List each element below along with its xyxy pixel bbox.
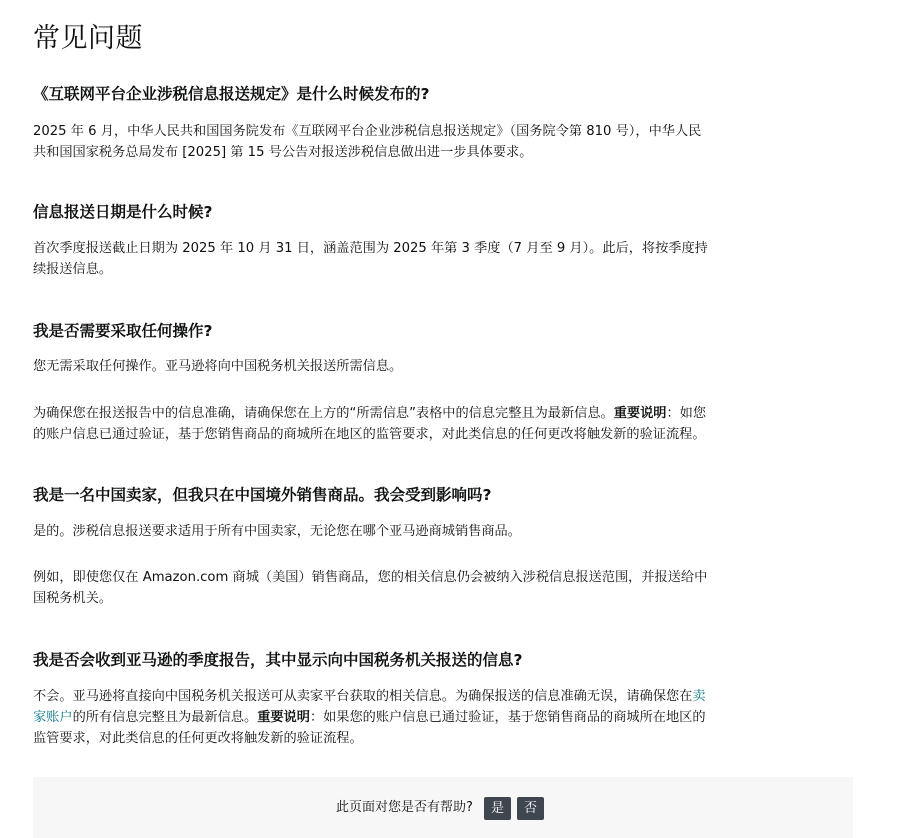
faq-answer-2: 首次季度报送截止日期为 2025 年 10 月 31 日，涵盖范围为 2025 … [33, 238, 803, 280]
answer-line: 监管要求，对此类信息的任何更改将触发新的验证流程。 [33, 728, 803, 749]
feedback-yes-button[interactable]: 是 [484, 797, 511, 820]
answer-line: 共和国国家税务总局发布 [2025] 第 15 号公告对报送涉税信息做出进一步具… [33, 142, 803, 163]
answer-line: 国税务机关。 [33, 588, 803, 609]
faq-answer-5: 不会。亚马逊将直接向中国税务机关报送可从卖家平台获取的相关信息。为确保报送的信息… [33, 686, 803, 749]
faq-answer-4-p2: 例如，即使您仅在 Amazon.com 商城（美国）销售商品，您的相关信息仍会被… [33, 567, 803, 609]
answer-line: 为确保您在报送报告中的信息准确，请确保您在上方的“所需信息”表格中的信息完整且为… [33, 403, 803, 424]
page-title: 常见问题 [33, 22, 143, 56]
answer-text: 为确保您在报送报告中的信息准确，请确保您在上方的“所需信息”表格中的信息完整且为… [33, 406, 614, 421]
important-note-label: 重要说明 [614, 406, 667, 421]
answer-line: 不会。亚马逊将直接向中国税务机关报送可从卖家平台获取的相关信息。为确保报送的信息… [33, 686, 803, 707]
faq-question-5: 我是否会收到亚马逊的季度报告，其中显示向中国税务机关报送的信息? [33, 649, 523, 671]
answer-text: 的所有信息完整且为最新信息。 [73, 710, 258, 725]
seller-account-link[interactable]: 卖 [692, 689, 705, 704]
answer-line: 例如，即使您仅在 Amazon.com 商城（美国）销售商品，您的相关信息仍会被… [33, 567, 803, 588]
answer-line: 的账户信息已通过验证，基于您销售商品的商城所在地区的监管要求，对此类信息的任何更… [33, 424, 803, 445]
answer-line: 您无需采取任何操作。亚马逊将向中国税务机关报送所需信息。 [33, 356, 803, 377]
seller-account-link[interactable]: 家账户 [33, 710, 73, 725]
important-note-label: 重要说明 [257, 710, 310, 725]
feedback-no-button[interactable]: 否 [517, 797, 544, 820]
faq-answer-3-p1: 您无需采取任何操作。亚马逊将向中国税务机关报送所需信息。 [33, 356, 803, 377]
answer-line: 是的。涉税信息报送要求适用于所有中国卖家，无论您在哪个亚马逊商城销售商品。 [33, 521, 803, 542]
answer-line: 续报送信息。 [33, 259, 803, 280]
answer-text: ：如您 [666, 406, 706, 421]
answer-line: 首次季度报送截止日期为 2025 年 10 月 31 日，涵盖范围为 2025 … [33, 238, 803, 259]
faq-answer-1: 2025 年 6 月，中华人民共和国国务院发布《互联网平台企业涉税信息报送规定》… [33, 121, 803, 163]
faq-answer-4-p1: 是的。涉税信息报送要求适用于所有中国卖家，无论您在哪个亚马逊商城销售商品。 [33, 521, 803, 542]
faq-question-3: 我是否需要采取任何操作? [33, 320, 213, 342]
feedback-panel: 此页面对您是否有帮助? 是 否 [33, 777, 853, 838]
answer-line: 2025 年 6 月，中华人民共和国国务院发布《互联网平台企业涉税信息报送规定》… [33, 121, 803, 142]
faq-question-2: 信息报送日期是什么时候? [33, 201, 213, 223]
feedback-question: 此页面对您是否有帮助? [336, 797, 473, 819]
answer-line: 家账户的所有信息完整且为最新信息。重要说明：如果您的账户信息已通过验证，基于您销… [33, 707, 803, 728]
faq-question-4: 我是一名中国卖家，但我只在中国境外销售商品。我会受到影响吗? [33, 484, 492, 506]
answer-text: 不会。亚马逊将直接向中国税务机关报送可从卖家平台获取的相关信息。为确保报送的信息… [33, 689, 692, 704]
faq-question-1: 《互联网平台企业涉税信息报送规定》是什么时候发布的? [33, 83, 430, 105]
faq-answer-3-p2: 为确保您在报送报告中的信息准确，请确保您在上方的“所需信息”表格中的信息完整且为… [33, 403, 803, 445]
answer-text: ：如果您的账户信息已通过验证，基于您销售商品的商城所在地区的 [310, 710, 706, 725]
